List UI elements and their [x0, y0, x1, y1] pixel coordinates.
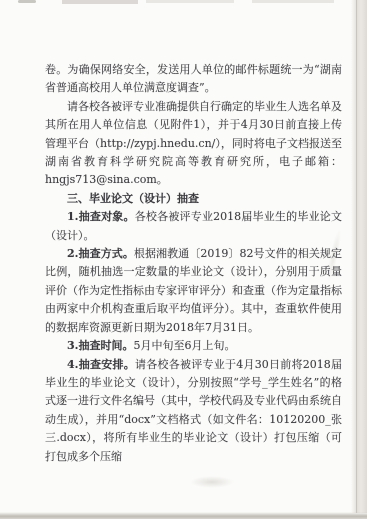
- scan-edge-right: [351, 0, 367, 513]
- document-body: 卷。为确保网络安全，发送用人单位的邮件标题统一为“湖南省普通高校用人单位满意度调…: [45, 61, 342, 466]
- scan-artifact-top-smudge: [18, 0, 36, 3]
- scan-artifact-smudge: [190, 476, 234, 488]
- item-sampling-method: 2.抽查方式。根据湘教通〔2019〕82号文件的相关规定比例，随机抽选一定数量的…: [45, 245, 342, 337]
- item-sampling-arrangement-text: 请各校各被评专业于4月30日前将2018届毕业生的毕业论文（设计），分别按照“学…: [45, 358, 342, 463]
- scan-artifact-top-band: [252, 0, 334, 3]
- paragraph-upload-notice: 请各校各被评专业准确提供自行确定的毕业生人选名单及其所在用人单位信息（见附件1）…: [45, 98, 342, 190]
- item-sampling-arrangement: 4.抽查安排。请各校各被评专业于4月30日前将2018届毕业生的毕业论文（设计）…: [45, 356, 342, 466]
- scan-artifact-top-band: [146, 0, 234, 3]
- item-sampling-time: 3.抽查时间。5月中旬至6月上旬。: [45, 337, 342, 355]
- scanned-document-page: 卷。为确保网络安全，发送用人单位的邮件标题统一为“湖南省普通高校用人单位满意度调…: [0, 0, 367, 519]
- item-sampling-target: 1.抽查对象。各校各被评专业2018届毕业生的毕业论文（设计）。: [45, 208, 342, 245]
- item-sampling-time-label: 3.抽查时间。: [67, 339, 133, 352]
- section-heading-thesis-sampling: 三、毕业论文（设计）抽查: [45, 190, 342, 208]
- item-sampling-time-text: 5月中旬至6月上旬。: [133, 339, 235, 352]
- item-sampling-target-label: 1.抽查对象。: [67, 210, 135, 223]
- item-sampling-method-label: 2.抽查方式。: [67, 247, 134, 260]
- scan-artifact-top-band: [62, 0, 138, 4]
- scan-edge-bottom: [0, 512, 367, 519]
- scan-edge-right-line: [356, 0, 357, 513]
- paragraph-continuation: 卷。为确保网络安全，发送用人单位的邮件标题统一为“湖南省普通高校用人单位满意度调…: [45, 61, 342, 98]
- item-sampling-arrangement-label: 4.抽查安排。: [67, 358, 135, 371]
